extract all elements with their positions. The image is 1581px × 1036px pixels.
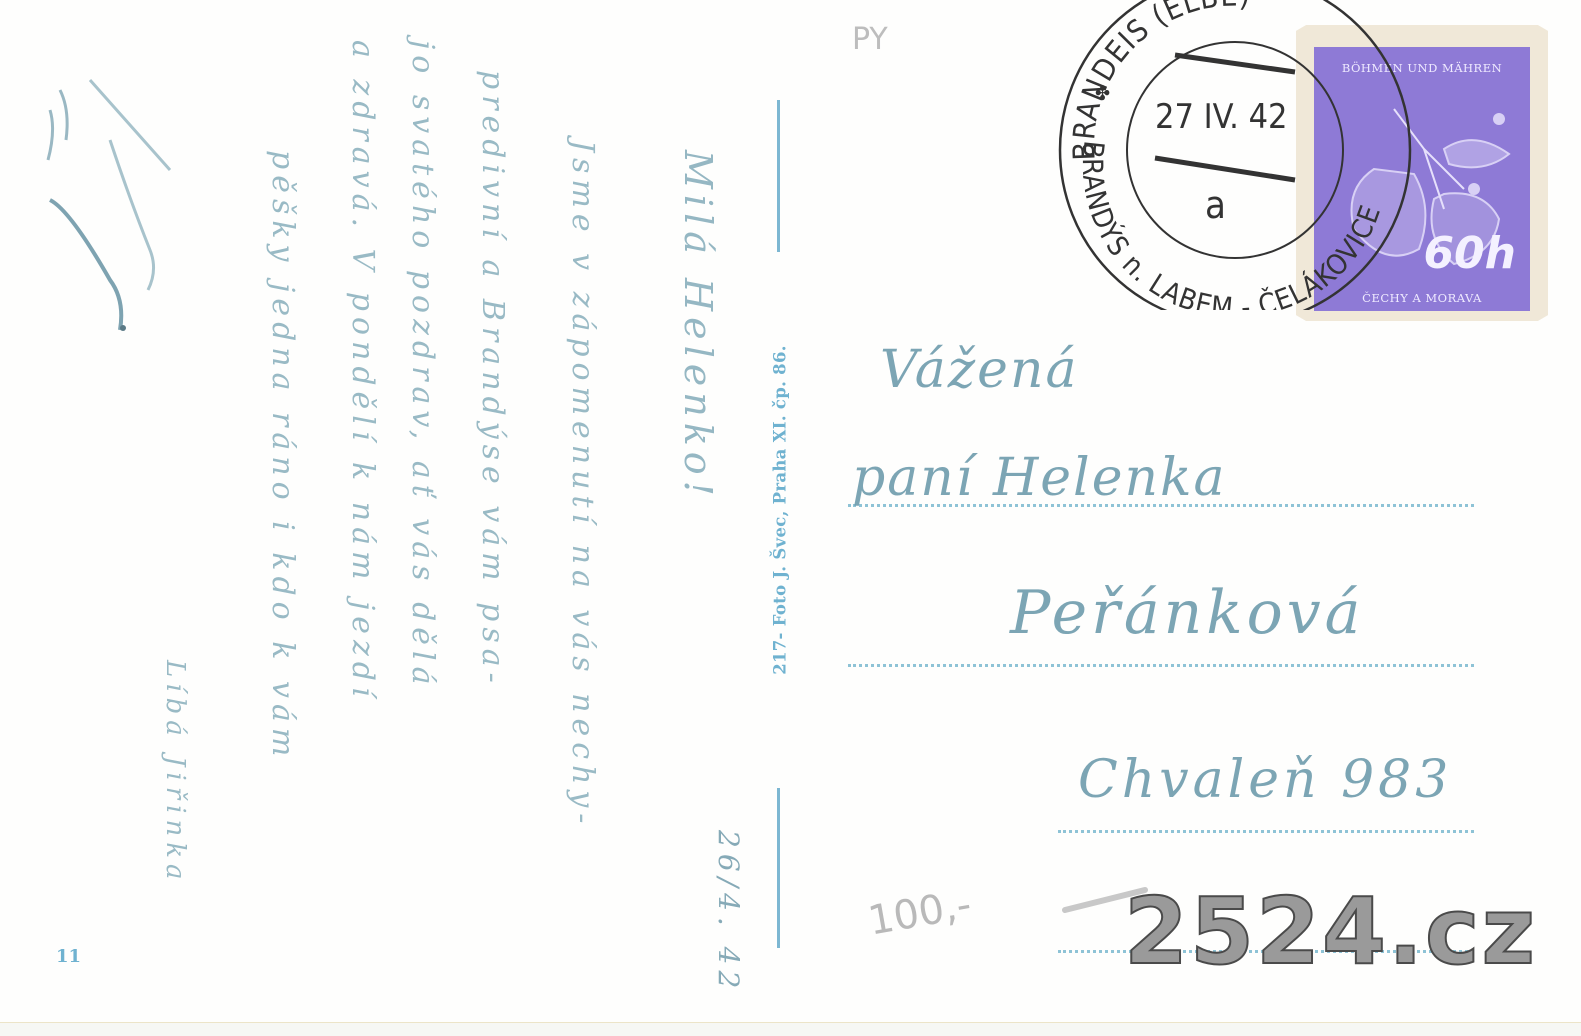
publisher-imprint: 217- Foto J. Švec, Praha XI. čp. 86.	[771, 345, 790, 675]
address-line-3	[1058, 830, 1474, 833]
center-divider-bottom	[777, 788, 780, 948]
message-date: 26/4. 42	[712, 830, 745, 994]
message-closing: Líbá Jiřinka	[160, 660, 190, 885]
message-line-3: jo svatého pozdrav, ať vás dělá	[405, 40, 440, 691]
stamp-value: 60h	[1423, 228, 1516, 279]
address-surname: Peřánková	[1010, 578, 1364, 648]
message-greeting: Milá Helenko!	[676, 150, 720, 502]
address-street: Chvaleň 983	[1078, 750, 1452, 810]
pencil-price: 100,-	[865, 881, 975, 944]
postmark-cancellation: BRANDEIS (ELBE) BRANDÝS n. LABEM - ČELÁK…	[1055, 0, 1425, 310]
pencil-mark-top: PY	[852, 22, 888, 57]
address-line-2	[848, 664, 1474, 667]
card-number: 11	[56, 946, 81, 967]
address-salutation: Vážená	[880, 340, 1078, 400]
message-line-4: a zdravá. V pondělí k nám jezdí	[345, 40, 380, 703]
message-line-5: pěšky jedna ráno i kdo k vám	[265, 150, 300, 762]
center-divider-top	[777, 100, 780, 252]
postmark-letter: a	[1205, 183, 1226, 227]
message-line-1: Jsme v zápomenutí na vás nechy-	[565, 140, 600, 829]
postcard-back: 217- Foto J. Švec, Praha XI. čp. 86. 11 …	[0, 0, 1581, 1023]
signature-strokes	[30, 60, 220, 350]
svg-text:✤: ✤	[1095, 81, 1110, 105]
watermark-2524cz: 2524.cz	[1124, 878, 1537, 985]
postmark-date: 27 IV. 42	[1155, 97, 1288, 137]
message-line-2: predivní a Brandýse vám psa-	[475, 70, 510, 689]
address-name: paní Helenka	[852, 448, 1226, 508]
